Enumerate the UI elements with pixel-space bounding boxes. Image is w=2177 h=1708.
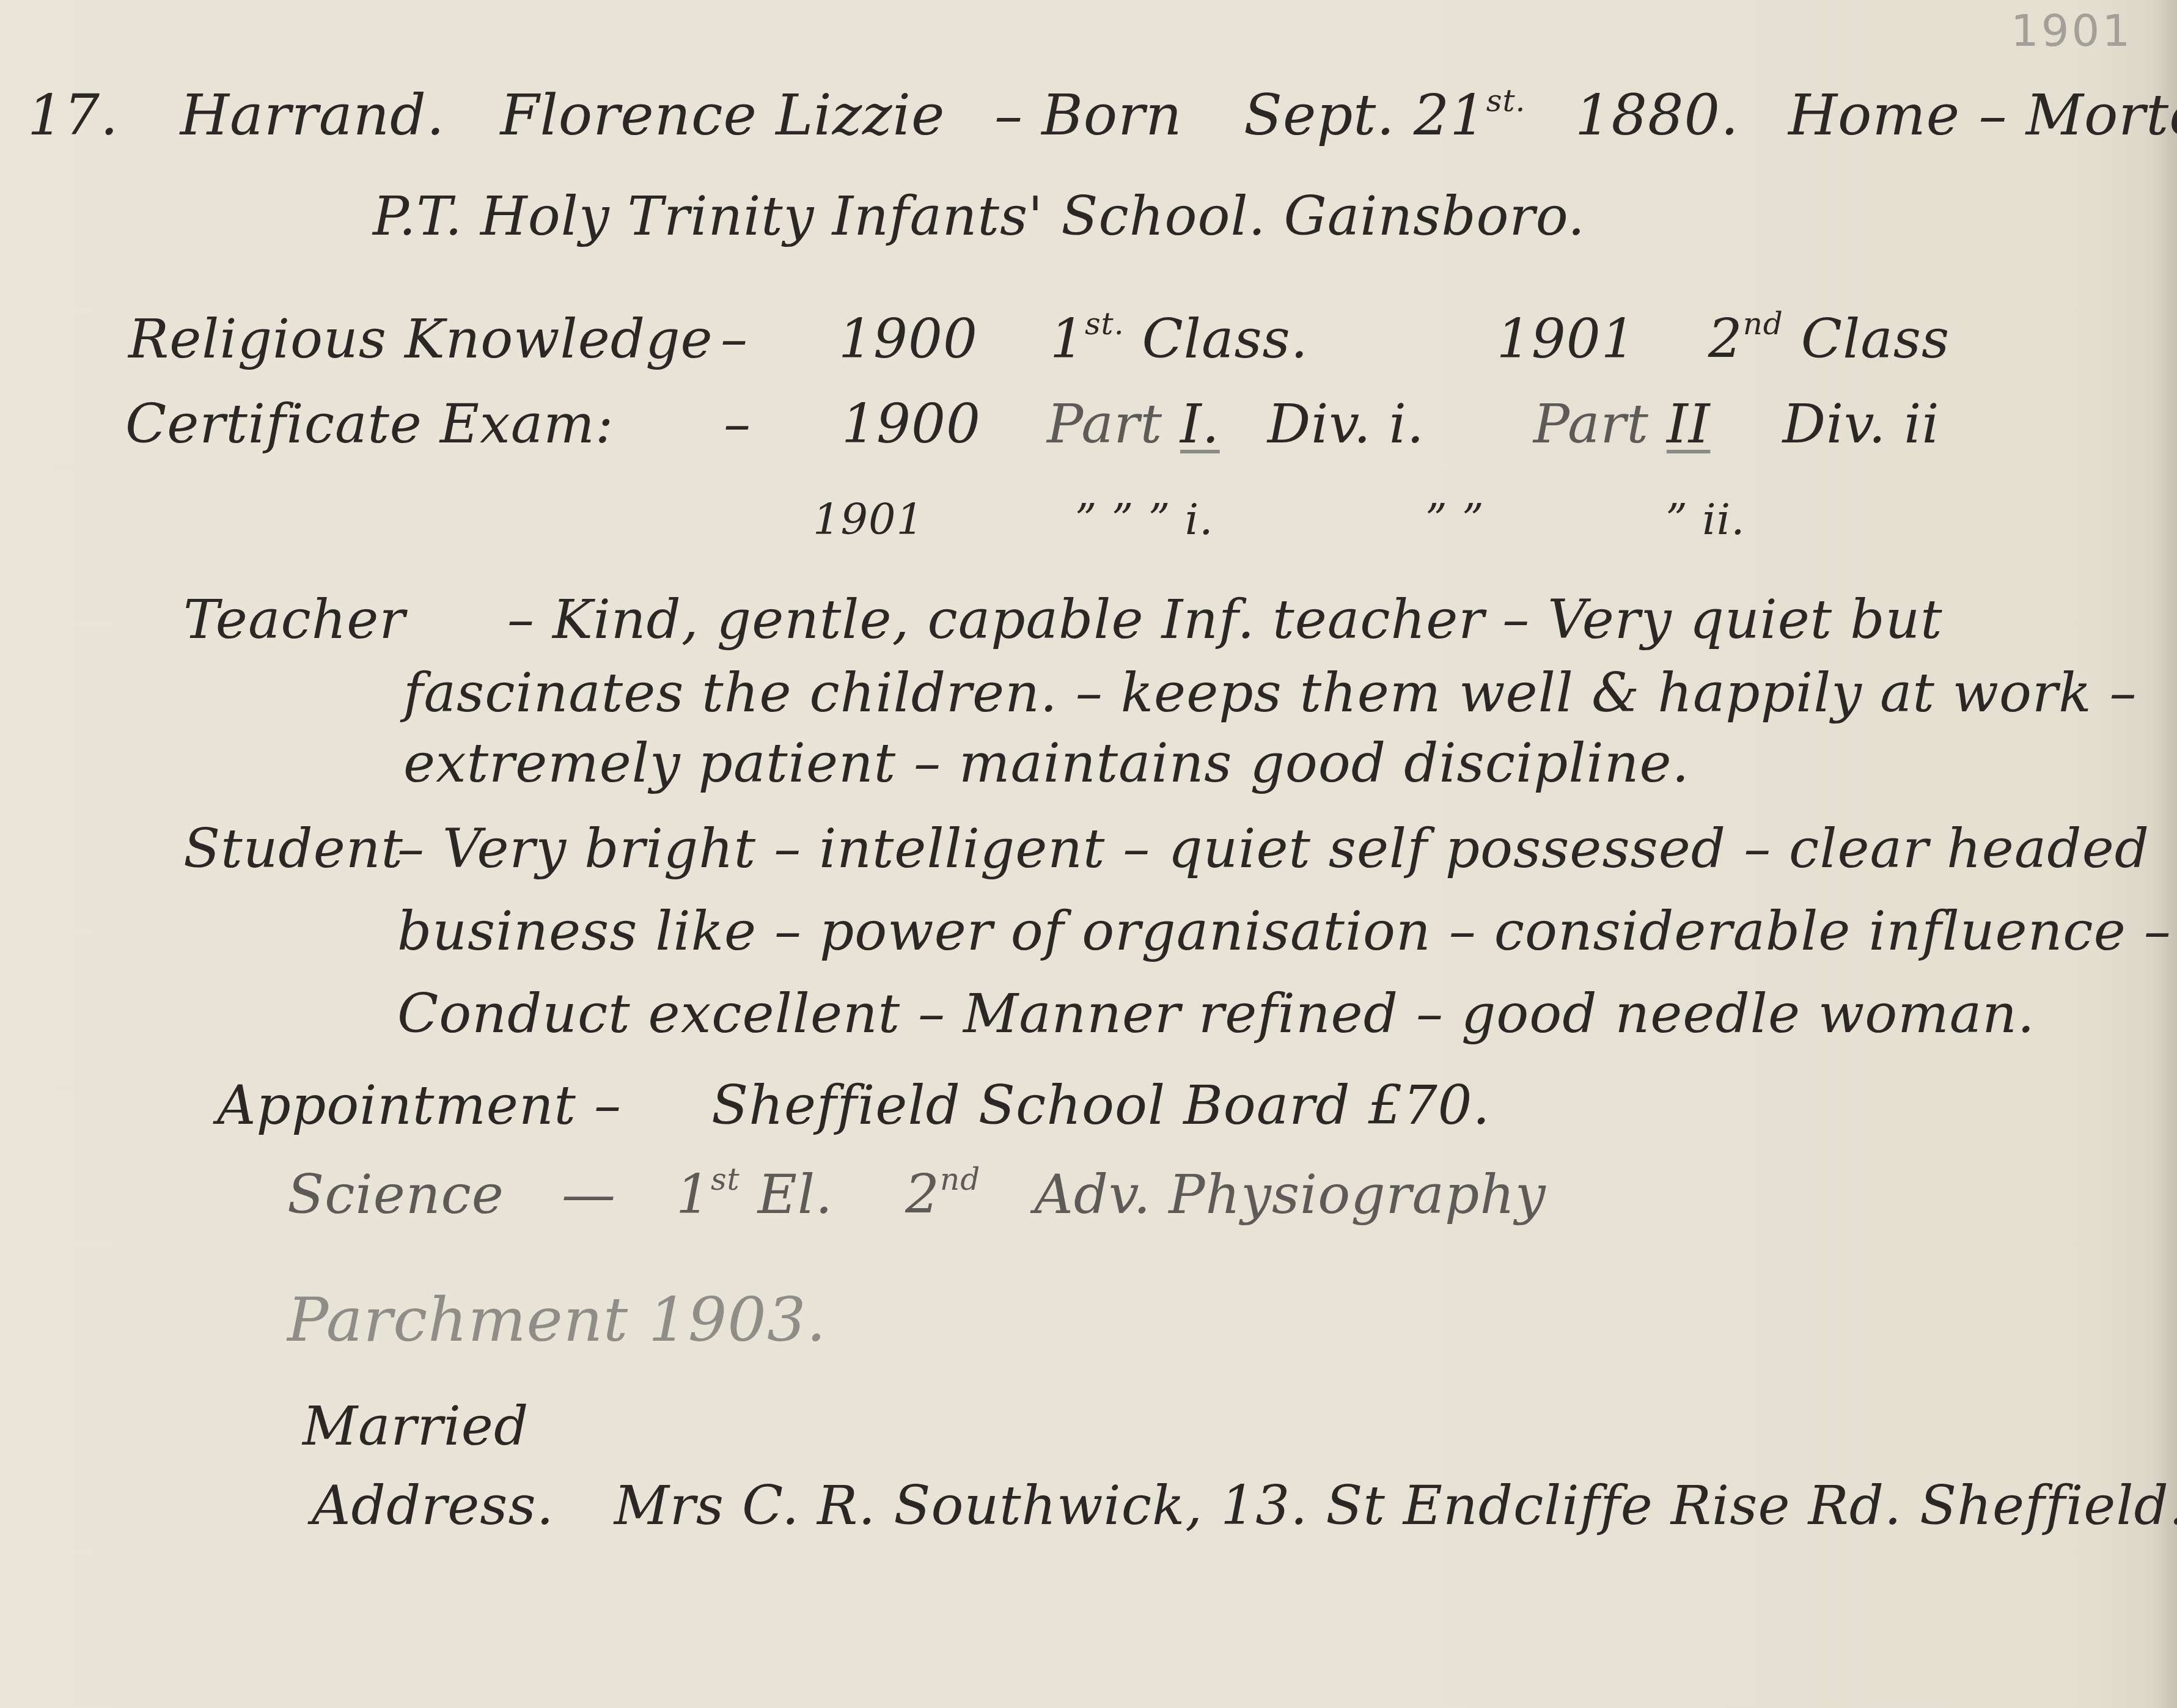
ce-ditto-1: ” ” ” i. <box>1075 494 1214 544</box>
married-label: Married <box>303 1399 529 1453</box>
science-dash: — <box>562 1163 616 1226</box>
science-num2: 2 <box>905 1163 940 1226</box>
ce-part1-num: I. <box>1180 392 1220 455</box>
rk-class2-num: 2 <box>1708 307 1743 370</box>
appointment-row: Appointment – Sheffield School Board £70… <box>217 1079 1491 1132</box>
entry-number: 17. <box>28 82 119 148</box>
ce-year-1900: 1900 <box>842 392 981 455</box>
ce-part1: Part <box>1047 392 1162 455</box>
religious-knowledge-label: Religious Knowledge <box>128 312 703 366</box>
rk-year1: 1900 <box>839 307 978 370</box>
address-label: Address. <box>312 1474 554 1537</box>
science-suffix2: nd <box>940 1162 980 1197</box>
religious-knowledge-row: Religious Knowledge – 1900 1st. Class. 1… <box>128 309 1950 366</box>
rk-dash: – <box>721 307 748 370</box>
science-elementary: El. <box>758 1163 833 1226</box>
page-edge-shadow <box>2153 0 2177 1708</box>
rk-class1-num: 1 <box>1050 307 1085 370</box>
teacher-label: Teacher <box>183 593 406 647</box>
student-label: Student <box>183 822 403 876</box>
home-label: Home – <box>1788 82 2008 148</box>
born-year: 1880. <box>1575 82 1739 148</box>
address-row: Address. Mrs C. R. Southwick, 13. St End… <box>312 1479 2177 1533</box>
rk-class1-word: Class. <box>1142 307 1309 370</box>
science-num1: 1 <box>676 1163 711 1226</box>
teacher-line-2: fascinates the children. – keeps them we… <box>403 666 2137 720</box>
given-names: Florence Lizzie <box>501 82 945 148</box>
rk-class1-suffix: st. <box>1085 306 1125 342</box>
science-suffix1: st <box>711 1162 740 1197</box>
born-prefix: – Born <box>994 82 1182 148</box>
ce-div2: Div. ii <box>1782 392 1939 455</box>
surname: Harrand. <box>180 82 445 148</box>
certificate-exam-row-1: Certificate Exam: – 1900 Part I. Div. i.… <box>125 397 1940 451</box>
appointment-label: Appointment – <box>217 1079 694 1132</box>
student-line-2: business like – power of organisation – … <box>397 904 2171 958</box>
student-line-1: – Very bright – intelligent – quiet self… <box>397 822 2149 876</box>
student-line-3: Conduct excellent – Manner refined – goo… <box>397 987 2035 1041</box>
parchment-note: Parchment 1903. <box>287 1289 826 1351</box>
ce-year-1901: 1901 <box>813 494 924 544</box>
rk-year2: 1901 <box>1497 307 1636 370</box>
home-address: Morton Terrace Gainsboro <box>2026 82 2177 148</box>
certificate-exam-label: Certificate Exam: <box>125 397 706 451</box>
rk-class2-word: Class <box>1801 307 1950 370</box>
ce-part2-num: II <box>1667 392 1711 455</box>
ce-ditto-3: ” ii. <box>1665 494 1745 544</box>
science-row: Science — 1st El. 2nd Adv. Physiography <box>287 1164 1546 1222</box>
teacher-line-1: – Kind, gentle, capable Inf. teacher – V… <box>507 593 1943 647</box>
born-date: Sept. 21 <box>1244 82 1486 148</box>
appointment-value: Sheffield School Board £70. <box>711 1074 1491 1137</box>
ce-div1: Div. i. <box>1268 392 1425 455</box>
teacher-line-3: extremely patient – maintains good disci… <box>403 736 1689 790</box>
rk-class2-suffix: nd <box>1743 306 1783 342</box>
born-date-suffix: st. <box>1486 83 1526 119</box>
science-advanced-physiography: Adv. Physiography <box>1034 1163 1546 1226</box>
pupil-teacher-line: P.T. Holy Trinity Infants' School. Gains… <box>373 189 1585 243</box>
ce-part2: Part <box>1533 392 1649 455</box>
entry-header: 17. Harrand. Florence Lizzie – Born Sept… <box>28 86 2177 144</box>
corner-year-annotation: 1901 <box>2011 5 2132 56</box>
document-page: 1901 17. Harrand. Florence Lizzie – Born… <box>0 0 2177 1708</box>
certificate-exam-row-2: 1901 ” ” ” i. ” ” ” ii. <box>813 498 1745 541</box>
address-value: Mrs C. R. Southwick, 13. St Endcliffe Ri… <box>614 1474 2177 1537</box>
science-label: Science <box>287 1168 544 1222</box>
ce-ditto-2: ” ” <box>1425 494 1485 544</box>
ce-dash: – <box>724 392 751 455</box>
